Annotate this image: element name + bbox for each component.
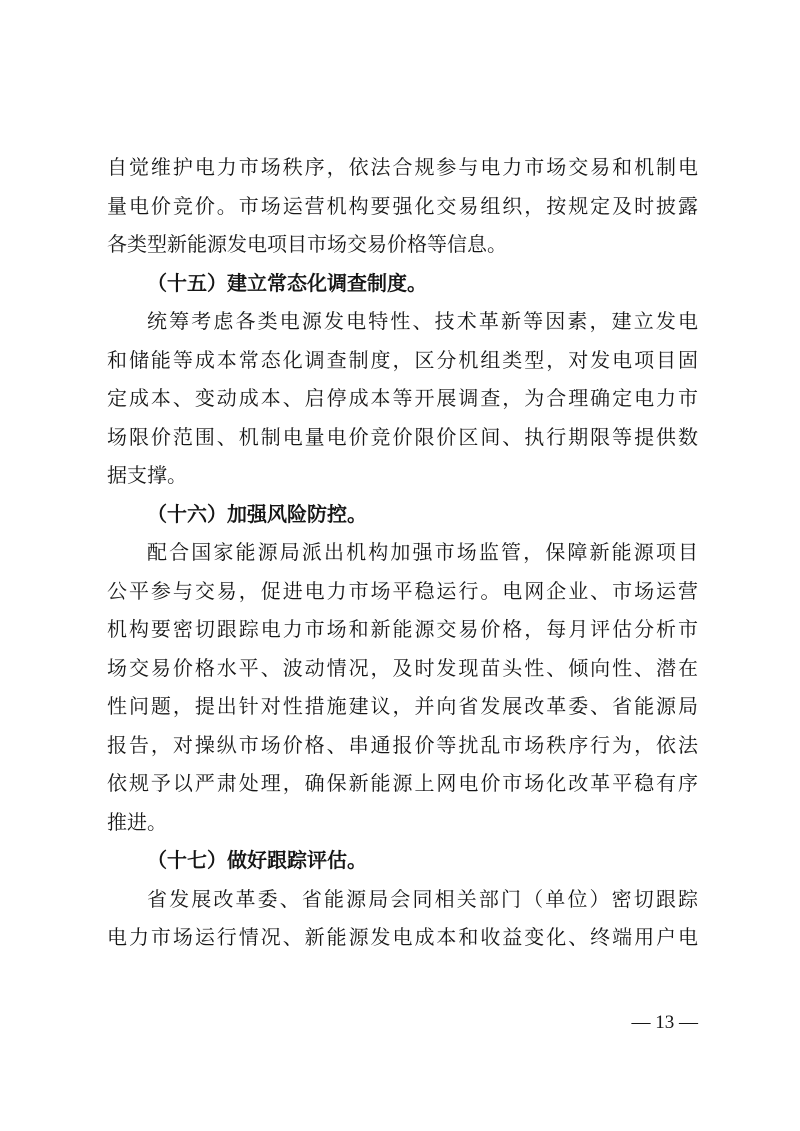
body-text-line: 和储能等成本常态化调查制度，区分机组类型，对发电项目固: [107, 342, 698, 381]
body-text-line: 自觉维护电力市场秩序，依法合规参与电力市场交易和机制电: [107, 149, 698, 188]
body-text-line: 配合国家能源局派出机构加强市场监管，保障新能源项目: [107, 534, 698, 573]
body-text-line: 定成本、变动成本、启停成本等开展调查，为合理确定电力市: [107, 380, 698, 419]
document-body: 自觉维护电力市场秩序，依法合规参与电力市场交易和机制电量电价竞价。市场运营机构要…: [107, 149, 698, 958]
section-heading: （十五）建立常态化调查制度。: [107, 265, 698, 304]
body-text-line: 各类型新能源发电项目市场交易价格等信息。: [107, 226, 698, 265]
body-text-line: 统筹考虑各类电源发电特性、技术革新等因素，建立发电: [107, 303, 698, 342]
body-text-line: 报告，对操纵市场价格、串通报价等扰乱市场秩序行为，依法: [107, 727, 698, 766]
document-page: 自觉维护电力市场秩序，依法合规参与电力市场交易和机制电量电价竞价。市场运营机构要…: [0, 0, 800, 1131]
body-text-line: 据支撑。: [107, 457, 698, 496]
section-heading: （十七）做好跟踪评估。: [107, 842, 698, 881]
body-text-line: 省发展改革委、省能源局会同相关部门（单位）密切跟踪: [107, 881, 698, 920]
body-text-line: 量电价竞价。市场运营机构要强化交易组织，按规定及时披露: [107, 188, 698, 227]
body-text-line: 电力市场运行情况、新能源发电成本和收益变化、终端用户电: [107, 919, 698, 958]
body-text-line: 机构要密切跟踪电力市场和新能源交易价格，每月评估分析市: [107, 611, 698, 650]
body-text-line: 场限价范围、机制电量电价竞价限价区间、执行期限等提供数: [107, 419, 698, 458]
body-text-line: 场交易价格水平、波动情况，及时发现苗头性、倾向性、潜在: [107, 650, 698, 689]
body-text-line: 公平参与交易，促进电力市场平稳运行。电网企业、市场运营: [107, 573, 698, 612]
body-text-line: 性问题，提出针对性措施建议，并向省发展改革委、省能源局: [107, 688, 698, 727]
section-heading: （十六）加强风险防控。: [107, 496, 698, 535]
body-text-line: 依规予以严肃处理，确保新能源上网电价市场化改革平稳有序: [107, 765, 698, 804]
page-number: — 13 —: [632, 1012, 699, 1033]
page-footer: — 13 —: [107, 1010, 698, 1036]
body-text-line: 推进。: [107, 804, 698, 843]
